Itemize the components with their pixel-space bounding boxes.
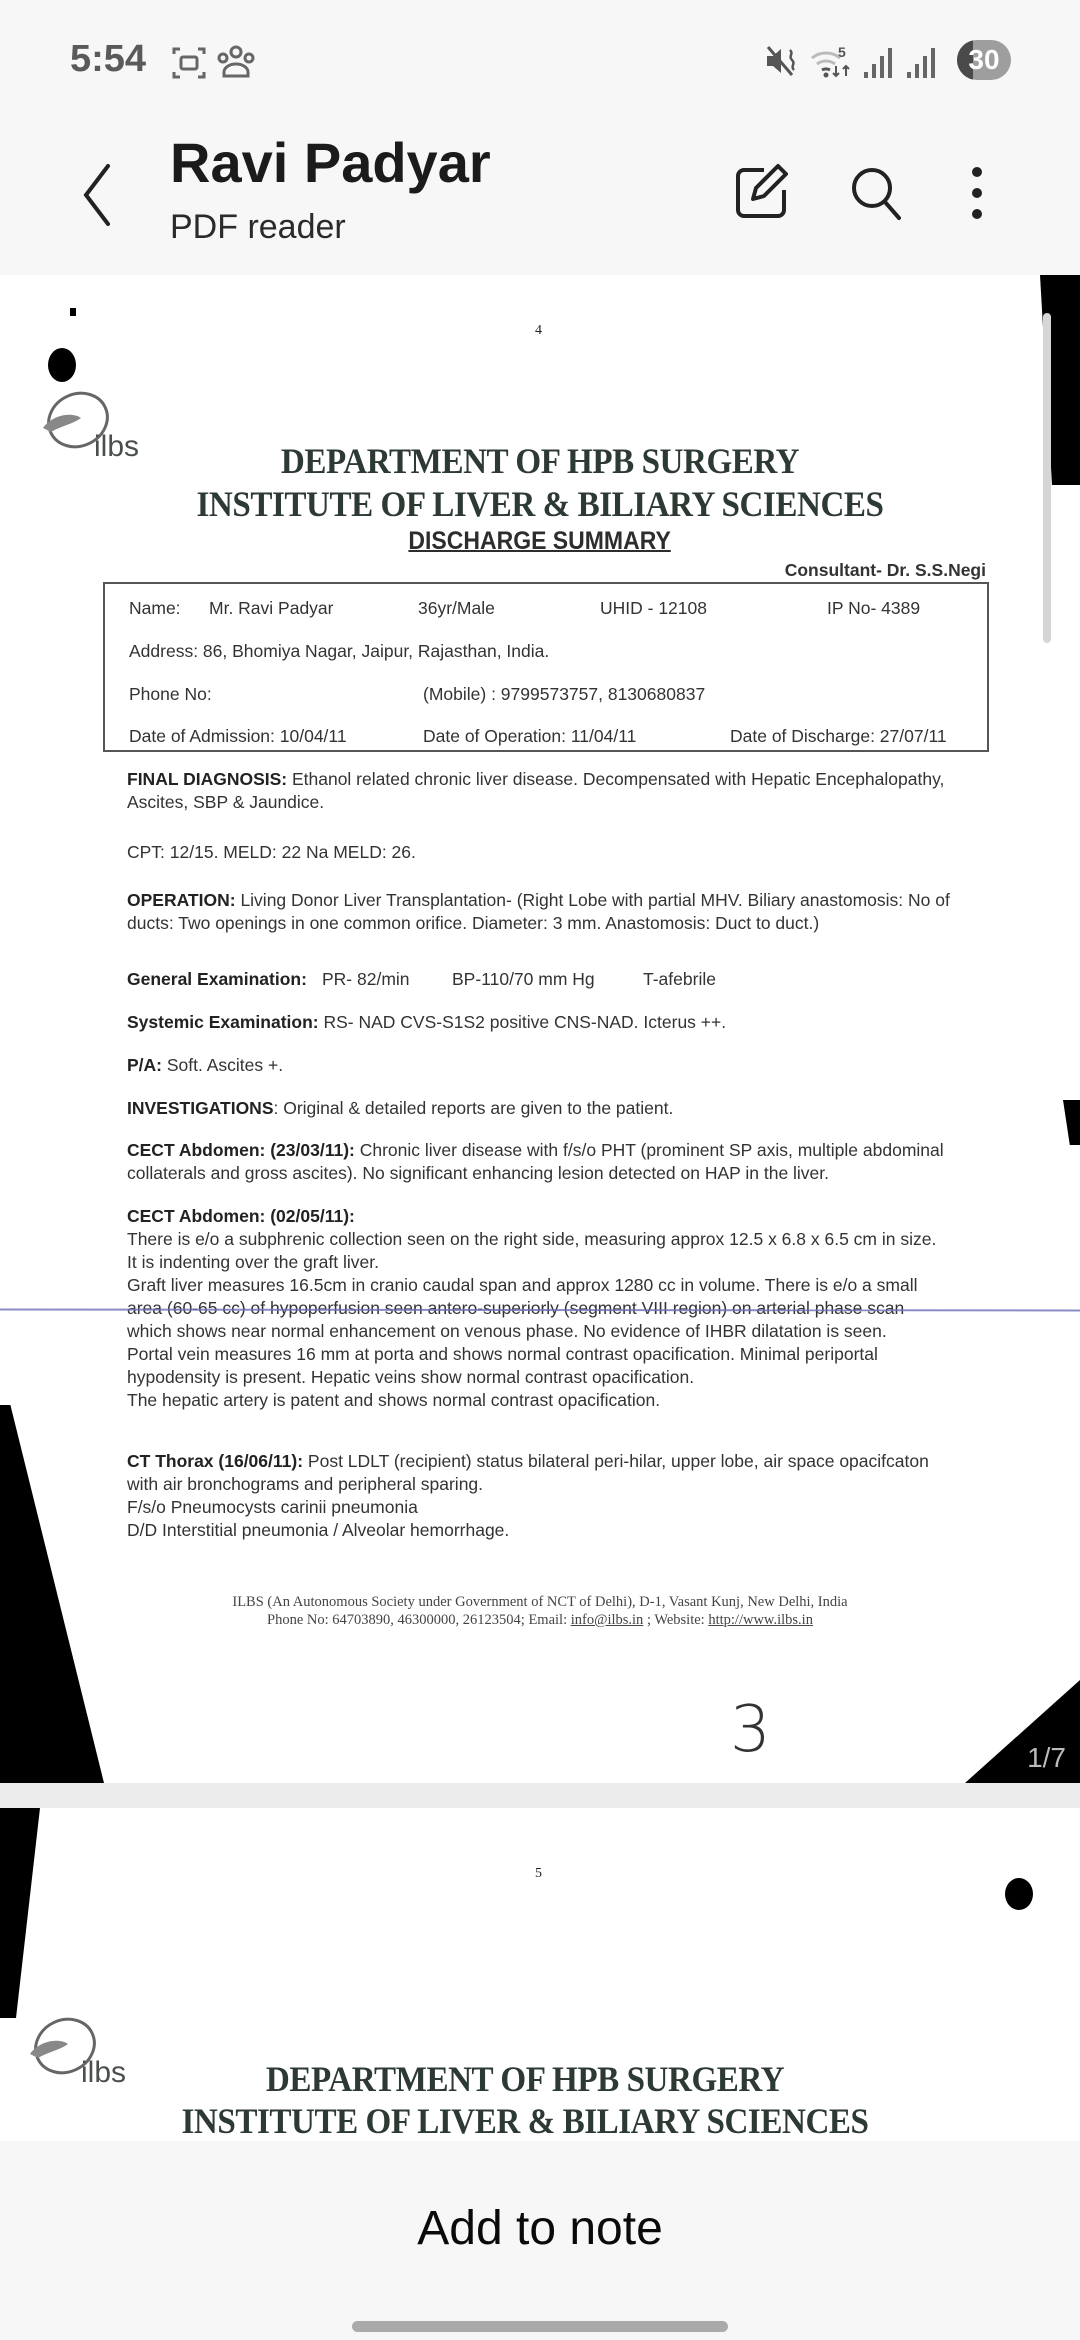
pdf-viewer[interactable]: 4 ilbs DEPARTMENT OF HPB SURGERY INSTITU… (0, 275, 1080, 2141)
general-examination: General Examination: PR- 82/min BP-110/7… (127, 968, 987, 991)
scrollbar[interactable] (1043, 313, 1051, 643)
investigations: INVESTIGATIONS: Original & detailed repo… (127, 1097, 987, 1120)
document-title: Ravi Padyar (170, 130, 491, 195)
more-options-icon[interactable] (945, 158, 1009, 228)
ct-thorax: CT Thorax (16/06/11): Post LDLT (recipie… (127, 1450, 987, 1542)
discharge-date: Date of Discharge: 27/07/11 (730, 726, 947, 747)
address: Address: 86, Bhomiya Nagar, Jaipur, Raja… (129, 641, 549, 662)
scores: CPT: 12/15. MELD: 22 Na MELD: 26. (127, 841, 987, 864)
operation-date: Date of Operation: 11/04/11 (423, 726, 636, 747)
department-title: DEPARTMENT OF HPB SURGERY (28, 2058, 1022, 2100)
department-title: DEPARTMENT OF HPB SURGERY (43, 440, 1037, 482)
screenshot-icon (170, 44, 208, 82)
status-bar: 5:54 5 30 (0, 0, 1080, 120)
cect-abdomen-1: CECT Abdomen: (23/03/11): Chronic liver … (127, 1139, 987, 1185)
systemic-examination: Systemic Examination: RS- NAD CVS-S1S2 p… (127, 1011, 987, 1034)
document-subtitle: PDF reader (170, 208, 346, 247)
institute-title: INSTITUTE OF LIVER & BILIARY SCIENCES (28, 2100, 1022, 2141)
institute-title: INSTITUTE OF LIVER & BILIARY SCIENCES (43, 483, 1037, 525)
footer-address: ILBS (An Autonomous Society under Govern… (0, 1593, 1080, 1611)
scan-mark (70, 308, 76, 316)
page-indicator: 1/7 (1027, 1742, 1066, 1774)
app-bar: Ravi Padyar PDF reader (0, 120, 1080, 275)
edit-icon[interactable] (730, 158, 794, 228)
bottom-bar: Add to note (0, 2141, 1080, 2340)
age-sex: 36yr/Male (418, 598, 495, 619)
scan-edge (0, 1808, 40, 2018)
wifi-icon: 5 (810, 44, 854, 80)
operation: OPERATION: Living Donor Liver Transplant… (127, 889, 987, 935)
signal-icon (905, 44, 939, 80)
per-abdomen: P/A: Soft. Ascites +. (127, 1054, 987, 1077)
name-label: Name: (129, 598, 181, 619)
printed-page-number: 5 (535, 1866, 542, 1882)
signal-icon (862, 44, 896, 80)
home-indicator[interactable] (352, 2321, 728, 2332)
scan-edge (1063, 1100, 1080, 1145)
uhid: UHID - 12108 (600, 598, 707, 619)
back-button[interactable] (78, 160, 118, 230)
printed-page-number: 4 (535, 323, 542, 339)
scan-mark (1005, 1878, 1033, 1910)
battery-indicator: 30 (957, 40, 1011, 80)
search-icon[interactable] (845, 158, 909, 228)
scan-mark (48, 348, 76, 382)
mute-icon (764, 44, 798, 78)
final-diagnosis: FINAL DIAGNOSIS: Ethanol related chronic… (127, 768, 987, 814)
patient-name: Mr. Ravi Padyar (209, 598, 333, 619)
pdf-page-1: 4 ilbs DEPARTMENT OF HPB SURGERY INSTITU… (0, 275, 1080, 1783)
discharge-summary-title: DISCHARGE SUMMARY (0, 527, 1080, 556)
ip-number: IP No- 4389 (827, 598, 920, 619)
handwritten-page-number: 3 (730, 1693, 771, 1767)
phone-value: (Mobile) : 9799573757, 8130680837 (423, 684, 705, 705)
phone-label: Phone No: (129, 684, 212, 705)
document-footer: ILBS (An Autonomous Society under Govern… (0, 1593, 1080, 1629)
people-icon (216, 44, 256, 80)
clock: 5:54 (70, 38, 146, 81)
add-to-note-button[interactable]: Add to note (0, 2201, 1080, 2256)
patient-info-box: Name: Mr. Ravi Padyar 36yr/Male UHID - 1… (103, 582, 989, 752)
pdf-page-2: 5 ilbs DEPARTMENT OF HPB SURGERY INSTITU… (0, 1808, 1080, 2141)
battery-level: 30 (957, 40, 1011, 80)
footer-contact: Phone No: 64703890, 46300000, 26123504; … (0, 1611, 1080, 1629)
footer-website-link[interactable]: http://www.ilbs.in (708, 1612, 813, 1628)
consultant: Consultant- Dr. S.S.Negi (785, 560, 986, 581)
svg-text:5: 5 (838, 44, 846, 60)
admission-date: Date of Admission: 10/04/11 (129, 726, 347, 747)
footer-email-link[interactable]: info@ilbs.in (571, 1612, 644, 1628)
